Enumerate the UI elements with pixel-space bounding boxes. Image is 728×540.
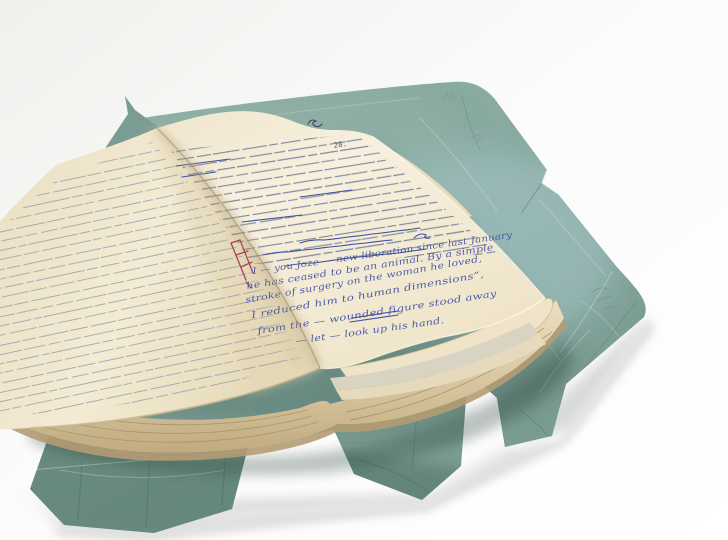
photo: 28. xyxy=(0,0,728,540)
photo-of-manuscript-in-folder: 28. xyxy=(0,0,728,540)
